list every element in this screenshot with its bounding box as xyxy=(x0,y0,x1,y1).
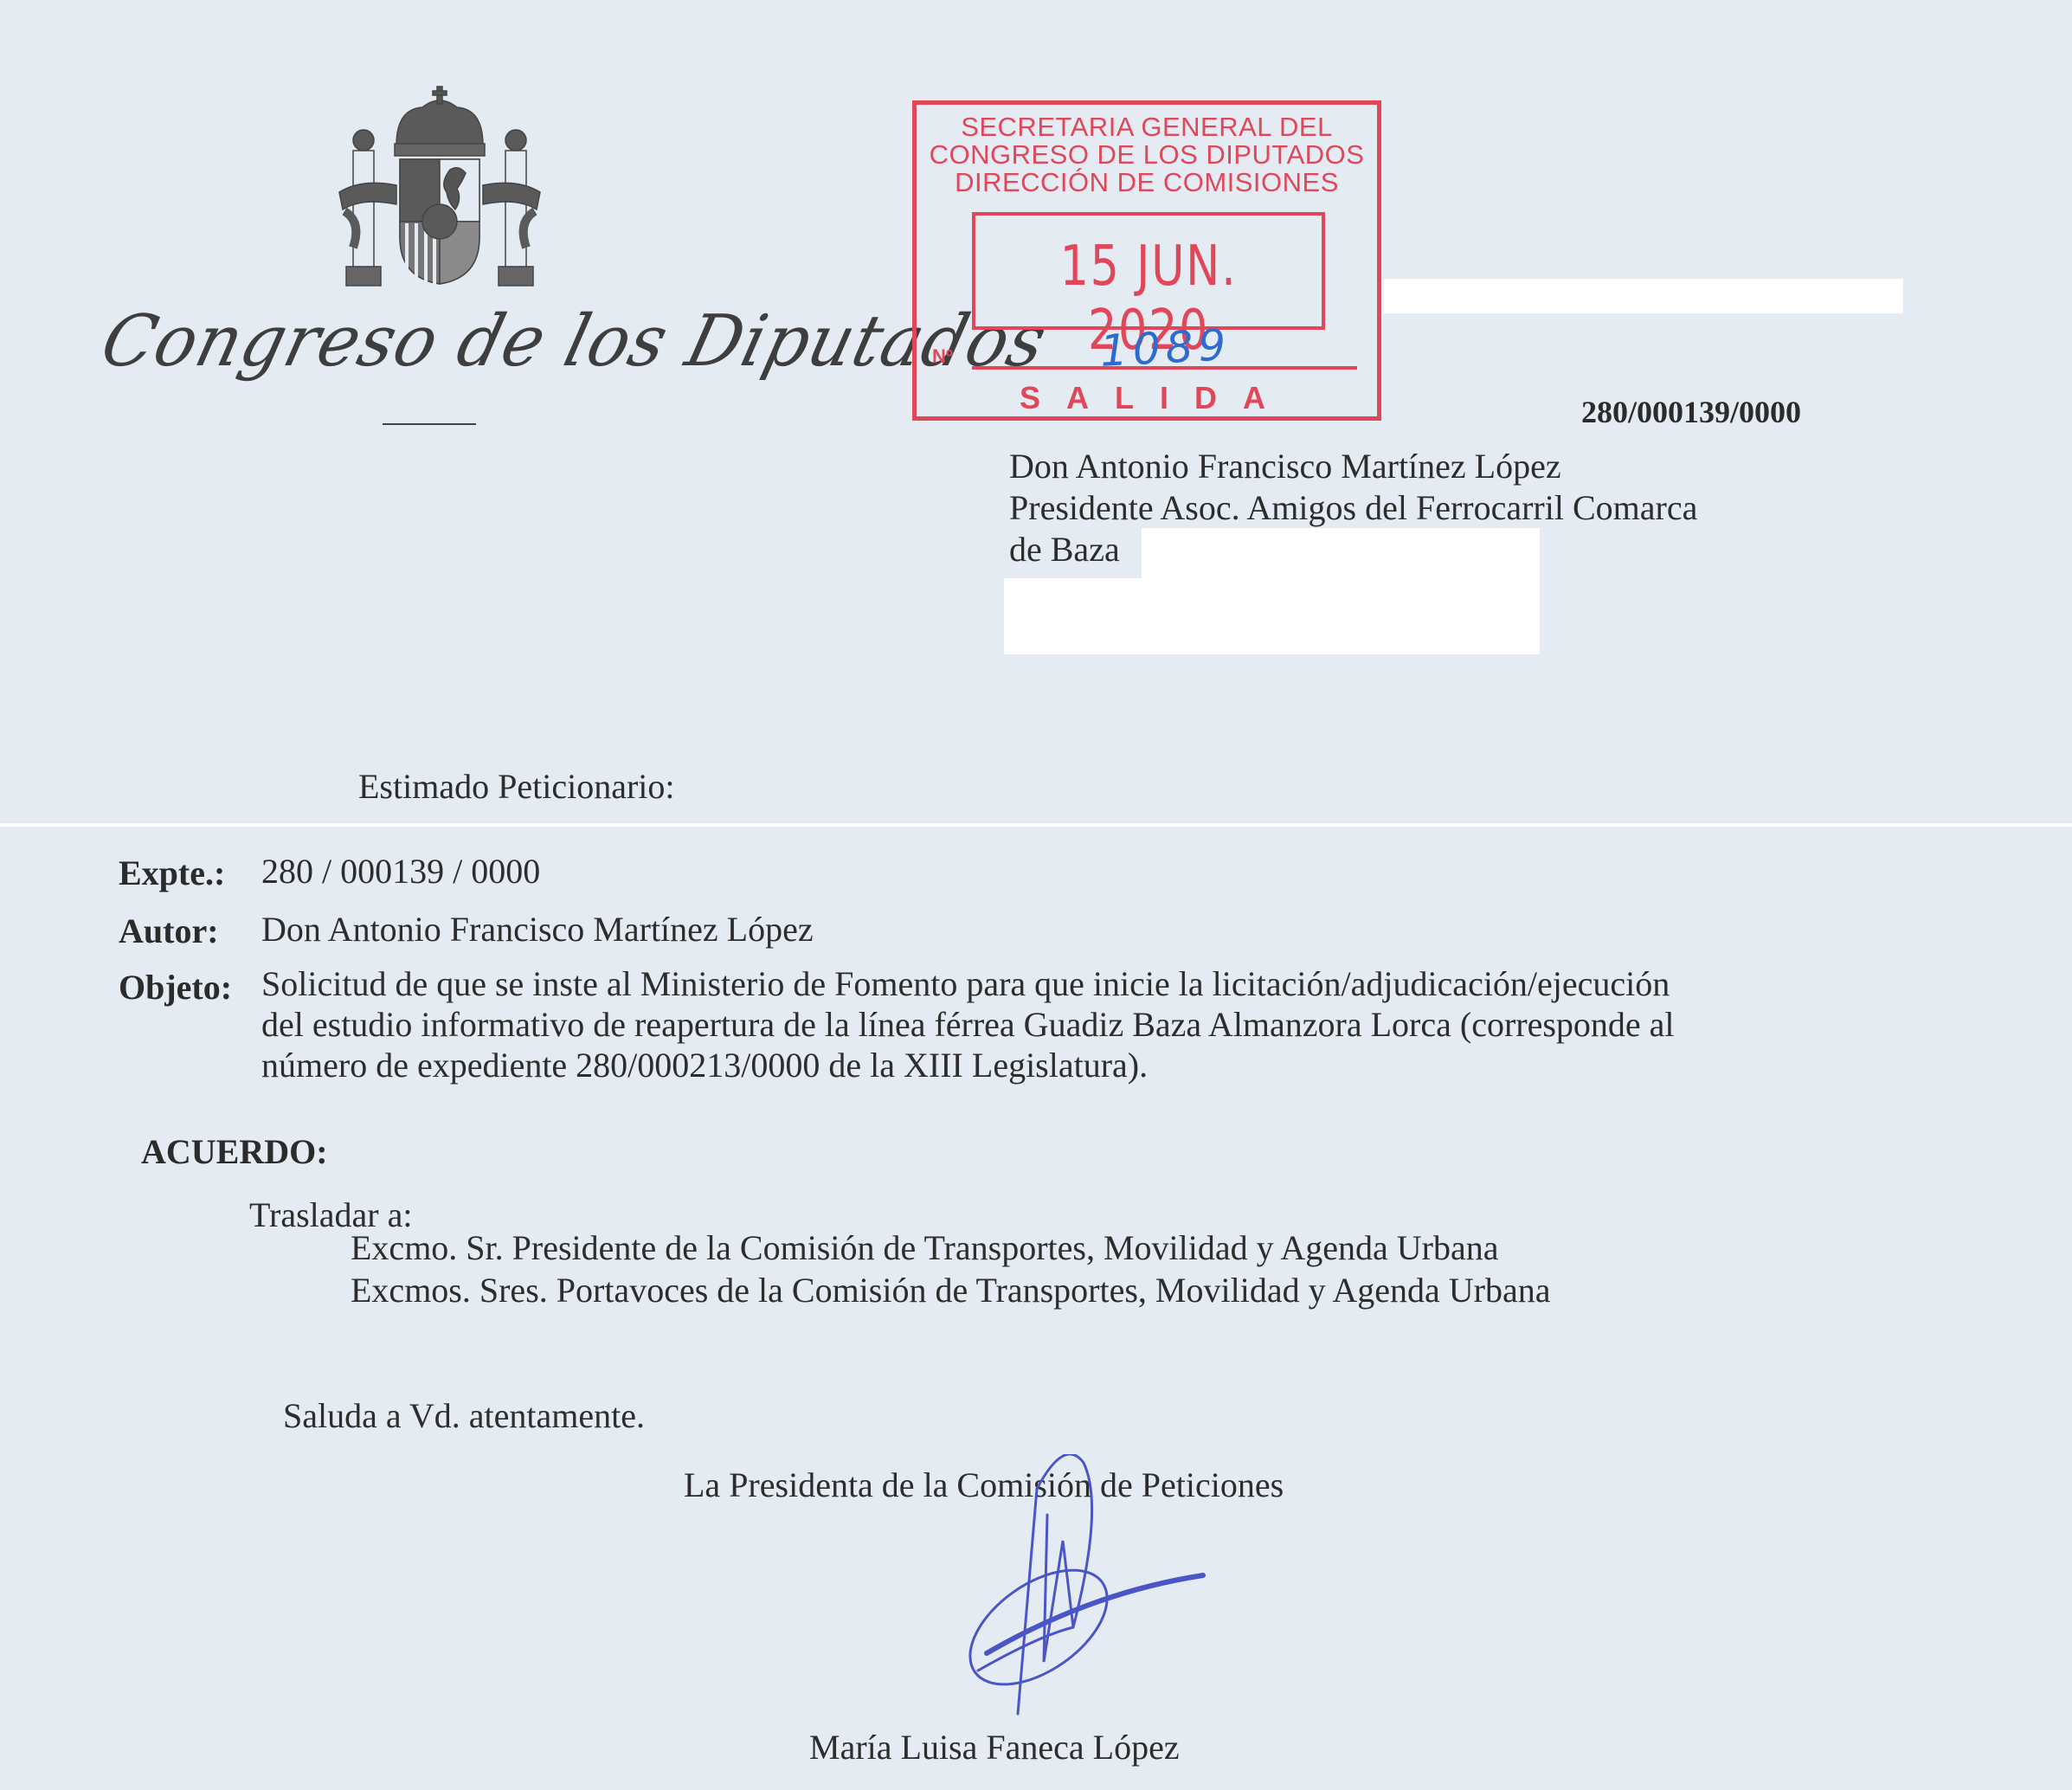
institution-logo-text: Congreso de los Diputados xyxy=(93,301,1055,383)
logo-divider xyxy=(383,423,476,425)
stamp-line-3: DIRECCIÓN DE COMISIONES xyxy=(917,169,1377,196)
objeto-line-3: número de expediente 280/000213/0000 de … xyxy=(261,1045,1148,1085)
coat-of-arms-icon xyxy=(336,83,544,295)
signatory-name: María Luisa Faneca López xyxy=(809,1727,1180,1767)
redaction-block xyxy=(1384,279,1903,313)
expte-label: Expte.: xyxy=(119,853,225,893)
closing: Saluda a Vd. atentamente. xyxy=(283,1395,645,1436)
stamp-line-1: SECRETARIA GENERAL DEL xyxy=(917,113,1377,141)
redaction-block xyxy=(1004,578,1160,654)
reference-number: 280/000139/0000 xyxy=(1581,394,1801,430)
stamp-type: SALIDA xyxy=(917,380,1377,416)
recipient-line-1: Don Antonio Francisco Martínez López xyxy=(1009,446,1561,486)
autor-value: Don Antonio Francisco Martínez López xyxy=(261,909,814,950)
redaction-block xyxy=(1142,528,1540,654)
objeto-label: Objeto: xyxy=(119,967,232,1008)
recipient-line-2: Presidente Asoc. Amigos del Ferrocarril … xyxy=(1009,487,1697,528)
objeto-line-1: Solicitud de que se inste al Ministerio … xyxy=(261,963,1670,1004)
acuerdo-recipient-2: Excmos. Sres. Portavoces de la Comisión … xyxy=(351,1270,1550,1310)
stamp-number-handwritten: 1089 xyxy=(1099,319,1232,377)
expte-value: 280 / 000139 / 0000 xyxy=(261,851,540,892)
acuerdo-heading: ACUERDO: xyxy=(141,1131,328,1172)
stamp-date-box: 15 JUN. 2020 xyxy=(972,212,1325,330)
recipient-line-3: de Baza xyxy=(1009,529,1120,570)
handwritten-signature xyxy=(935,1454,1229,1748)
autor-label: Autor: xyxy=(119,911,219,951)
salutation: Estimado Peticionario: xyxy=(358,766,675,807)
stamp-line-2: CONGRESO DE LOS DIPUTADOS xyxy=(917,141,1377,169)
acuerdo-recipient-1: Excmo. Sr. Presidente de la Comisión de … xyxy=(351,1227,1499,1268)
objeto-line-2: del estudio informativo de reapertura de… xyxy=(261,1004,1675,1045)
stamp-number-label: Nº xyxy=(932,345,953,368)
registry-stamp: SECRETARIA GENERAL DEL CONGRESO DE LOS D… xyxy=(912,100,1381,421)
scan-seam xyxy=(0,823,2072,827)
